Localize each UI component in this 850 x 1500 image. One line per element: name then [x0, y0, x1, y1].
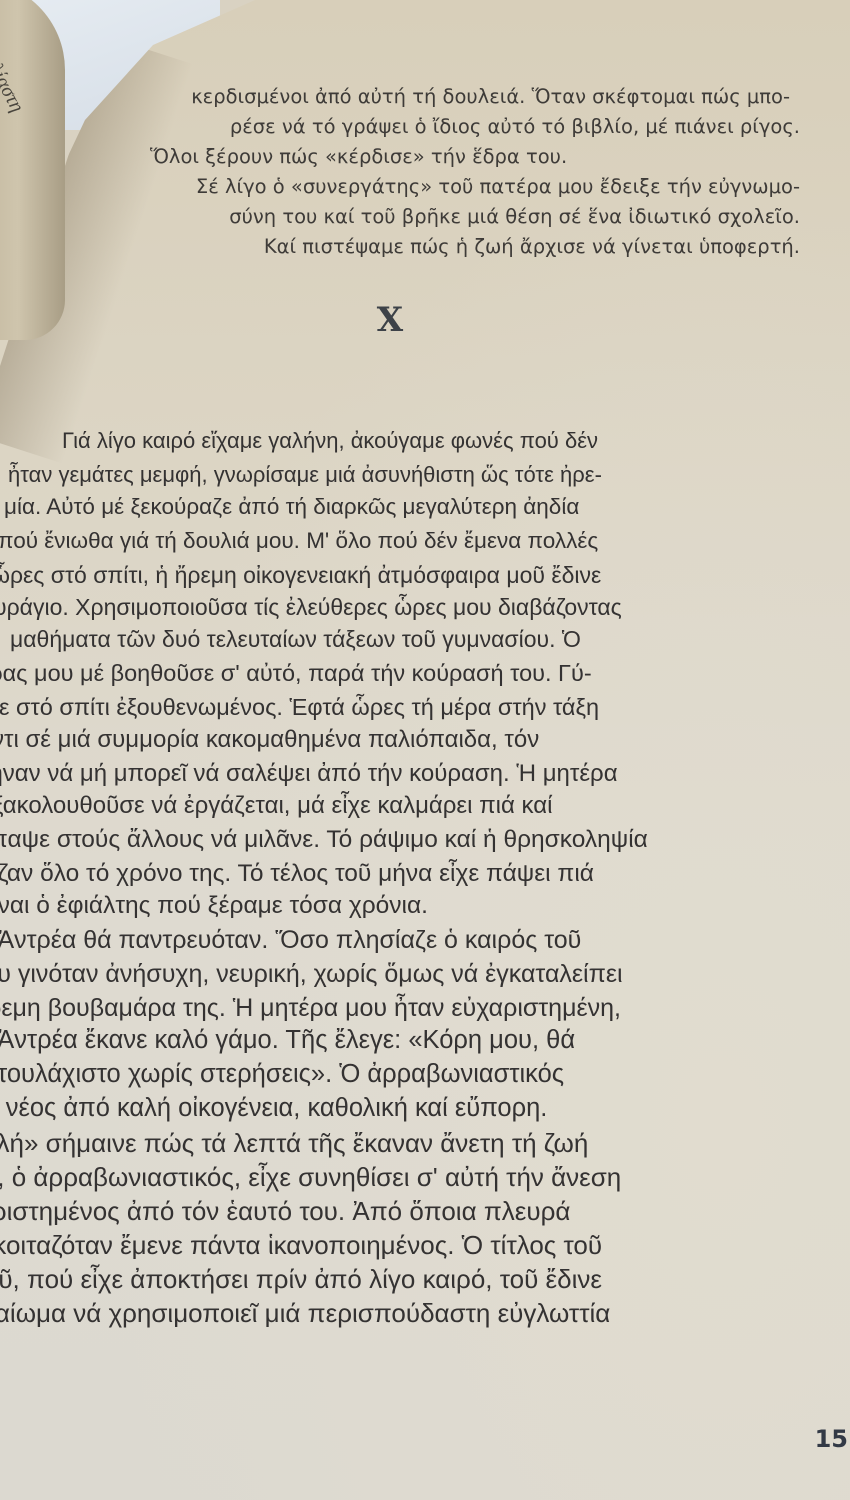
text-line: ἄφηναν νά μή μπορεῖ νά σαλέψει ἀπό τήν κ…	[0, 760, 618, 788]
text-line: Ὅλοι ξέρουν πώς «κέρδισε» τήν ἕδρα του.	[60, 142, 800, 172]
text-line: Σέ λίγο ὁ «συνεργάτης» τοῦ πατέρα μου ἔδ…	[60, 172, 800, 202]
text-line: ὧρες στό σπίτι, ἡ ἤρεμη οἰκογενειακή ἀτμ…	[0, 562, 601, 589]
text-line: ἔπαψε στούς ἄλλους νά μιλᾶνε. Τό ράψιμο …	[0, 826, 648, 854]
text-line: γάμου γινόταν ἀνήσυχη, νευρική, χωρίς ὅμ…	[0, 960, 623, 989]
previous-page-fragment: ει	[0, 190, 4, 213]
text-line: μία. Αὐτό μέ ξεκούραζε ἀπό τή διαρκῶς με…	[4, 494, 579, 520]
text-line: κι ἄν κοιταζόταν ἔμενε πάντα ἱκανοποιημέ…	[0, 1230, 602, 1261]
text-line: μαθήματα τῶν δυό τελευταίων τάξεων τοῦ γ…	[10, 626, 581, 653]
text-line: ἀπέναντι σέ μιά συμμορία κακομαθημένα πα…	[0, 726, 539, 754]
text-line: της, ὁ ἀρραβωνιαστικός, εἶχε συνηθίσει σ…	[0, 1162, 621, 1193]
text-line: τό δικαίωμα νά χρησιμοποιεῖ μιά περισπού…	[0, 1298, 610, 1329]
chapter-heading: X	[360, 300, 420, 340]
text-line: «Καλή» σήμαινε πώς τά λεπτά τῆς ἔκαναν ἄ…	[0, 1128, 588, 1159]
text-line: ριζε στό σπίτι ἐξουθενωμένος. Ἑφτά ὧρες …	[0, 694, 599, 721]
text-line: της, νέος ἀπό καλή οἰκογένεια, καθολική …	[0, 1094, 547, 1123]
text-line: κουράγιο. Χρησιμοποιοῦσα τίς ἐλεύθερες ὧ…	[0, 594, 622, 621]
previous-page-fragment: ὅλιο	[0, 140, 4, 181]
previous-page-edge: λίαστη τή ὅλιο ει	[0, 0, 65, 340]
text-line: εὐχαριστημένος ἀπό τόν ἑαυτό του. Ἀπό ὅπ…	[0, 1196, 570, 1227]
text-line: γέμιζαν ὅλο τό χρόνο της. Τό τέλος τοῦ μ…	[0, 860, 594, 888]
text-line: Ἡ Ἀντρέα θά παντρευόταν. Ὅσο πλησίαζε ὁ …	[0, 926, 581, 955]
top-paragraph: κερδισμένοι ἀπό αὐτή τή δουλειά. Ὅταν σκ…	[60, 82, 800, 262]
text-line: ἡ Ἀντρέα ἔκανε καλό γάμο. Τῆς ἔλεγε: «Κό…	[0, 1026, 575, 1055]
text-line: πού ἔνιωθα γιά τή δουλιά μου. Μ' ὅλο πού…	[0, 528, 598, 554]
text-line: ζήσεις τουλάχιστο χωρίς στερήσεις». Ὁ ἀρ…	[0, 1060, 564, 1089]
text-line: Καί πιστέψαμε πώς ἡ ζωή ἄρχισε νά γίνετα…	[60, 232, 800, 262]
page-number: 15	[815, 1425, 848, 1453]
text-line: νά εἶναι ὁ ἐφιάλτης πού ξέραμε τόσα χρόν…	[0, 892, 428, 920]
text-line: ρέσε νά τό γράψει ὁ ἴδιος αὐτό τό βιβλίο…	[60, 112, 800, 142]
text-line: ἐξακολουθοῦσε νά ἐργάζεται, μά εἶχε καλμ…	[0, 792, 552, 820]
text-line: πατέρας μου μέ βοηθοῦσε σ' αὐτό, παρά τή…	[0, 660, 592, 687]
previous-page-fragment: λίαστη	[0, 60, 28, 116]
text-line: ἦταν γεμάτες μεμφή, γνωρίσαμε μιά ἀσυνήθ…	[8, 462, 602, 488]
text-line: σύνη του καί τοῦ βρῆκε μιά θέση σέ ἕνα ἰ…	[60, 202, 800, 232]
text-line: τήν ἤρεμη βουβαμάρα της. Ἡ μητέρα μου ἦτ…	[0, 994, 621, 1023]
text-line: γιατροῦ, πού εἶχε ἀποκτήσει πρίν ἀπό λίγ…	[0, 1264, 602, 1295]
book-page: κερδισμένοι ἀπό αὐτή τή δουλειά. Ὅταν σκ…	[0, 0, 850, 1500]
text-line: κερδισμένοι ἀπό αὐτή τή δουλειά. Ὅταν σκ…	[50, 82, 790, 112]
text-line: Γιά λίγο καιρό εἴχαμε γαλήνη, ἀκούγαμε φ…	[62, 428, 598, 454]
